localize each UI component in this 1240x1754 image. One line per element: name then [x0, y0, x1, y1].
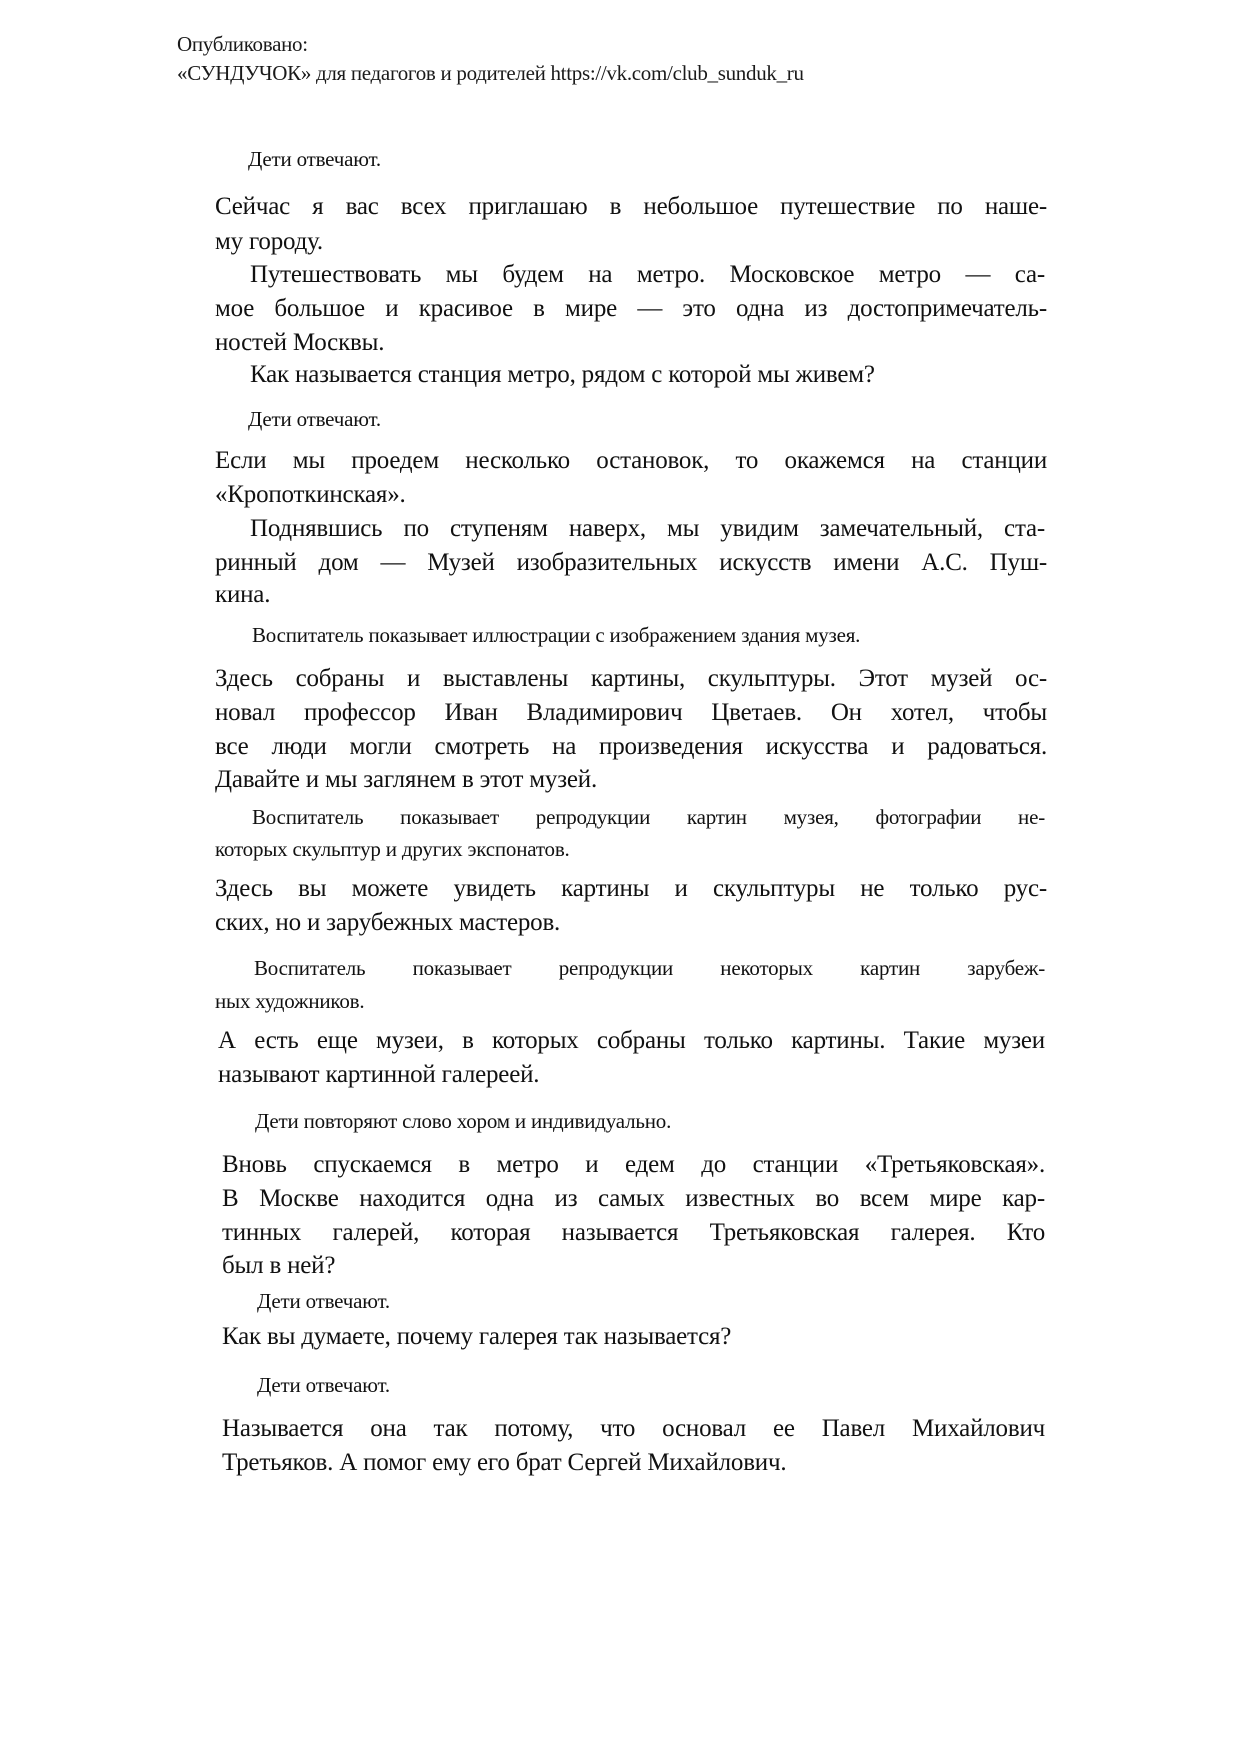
text-line: Поднявшись по ступеням наверх, мы увидим…: [250, 512, 1045, 546]
text-line: которых скульптур и других экспонатов.: [215, 832, 570, 866]
published-label: Опубликовано:: [177, 30, 804, 59]
text-line: был в ней?: [222, 1249, 335, 1283]
text-line: Дети повторяют слово хором и индивидуаль…: [255, 1104, 671, 1138]
text-line: Как вы думаете, почему галерея так назыв…: [222, 1320, 731, 1354]
text-line: А есть еще музеи, в которых собраны толь…: [218, 1024, 1045, 1058]
text-line: Дети отвечают.: [257, 1368, 390, 1402]
text-line: новал профессор Иван Владимирович Цветае…: [215, 696, 1047, 730]
text-line: Здесь собраны и выставлены картины, скул…: [215, 662, 1047, 696]
text-line: все люди могли смотреть на произведения …: [215, 730, 1047, 764]
text-line: му городу.: [215, 225, 323, 259]
text-line: тинных галерей, которая называется Треть…: [222, 1216, 1045, 1250]
text-line: Воспитатель показывает репродукции некот…: [254, 951, 1045, 985]
text-line: называют картинной галереей.: [218, 1058, 539, 1092]
publication-header: Опубликовано: «СУНДУЧОК» для педагогов и…: [177, 30, 804, 88]
text-line: мое большое и красивое в мире — это одна…: [215, 292, 1047, 326]
text-line: Здесь вы можете увидеть картины и скульп…: [215, 872, 1047, 906]
text-line: Третьяков. А помог ему его брат Сергей М…: [222, 1446, 786, 1480]
text-line: Как называется станция метро, рядом с ко…: [250, 358, 875, 392]
text-line: ностей Москвы.: [215, 326, 384, 360]
text-line: Сейчас я вас всех приглашаю в небольшое …: [215, 190, 1047, 224]
text-line: Если мы проедем несколько остановок, то …: [215, 444, 1047, 478]
text-line: Дети отвечают.: [248, 142, 381, 176]
text-line: Дети отвечают.: [257, 1284, 390, 1318]
text-line: ринный дом — Музей изобразительных искус…: [215, 546, 1047, 580]
text-line: Дети отвечают.: [248, 402, 381, 436]
text-line: Называется она так потому, что основал е…: [222, 1412, 1045, 1446]
source-line: «СУНДУЧОК» для педагогов и родителей htt…: [177, 59, 804, 88]
text-line: кина.: [215, 578, 270, 612]
text-line: В Москве находится одна из самых известн…: [222, 1182, 1045, 1216]
text-line: Воспитатель показывает репродукции карти…: [252, 800, 1045, 834]
text-line: ских, но и зарубежных мастеров.: [215, 906, 560, 940]
text-line: «Кропоткинская».: [215, 478, 406, 512]
text-line: Вновь спускаемся в метро и едем до станц…: [222, 1148, 1045, 1182]
text-line: Давайте и мы заглянем в этот музей.: [215, 763, 597, 797]
text-line: ных художников.: [215, 984, 364, 1018]
text-line: Путешествовать мы будем на метро. Москов…: [250, 258, 1045, 292]
text-line: Воспитатель показывает иллюстрации с изо…: [252, 618, 860, 652]
